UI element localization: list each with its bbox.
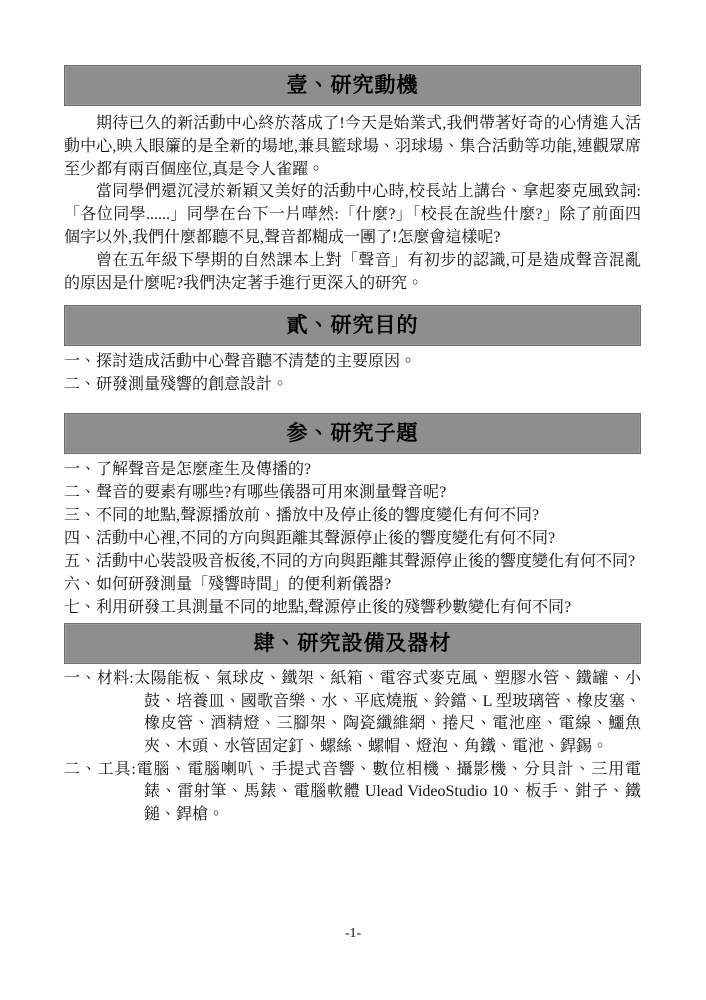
section-header-purpose: 貳、研究目的 (64, 305, 641, 346)
page-number: -1- (0, 926, 706, 942)
subtopic-item-7: 七、利用研發工具測量不同的地點,聲源停止後的殘響秒數變化有何不同? (64, 596, 641, 619)
tools-text: 電腦、電腦喇叭、手提式音響、數位相機、攝影機、分貝計、三用電錶、雷射筆、馬錶、電… (136, 761, 641, 823)
materials-entry: 一、材料:太陽能板、氣球皮、鐵架、紙箱、電容式麥克風、塑膠水管、鐵罐、小鼓、培養… (64, 668, 641, 758)
section-header-equipment: 肆、研究設備及器材 (64, 623, 641, 664)
motivation-paragraphs: 期待已久的新活動中心終於落成了!今天是始業式,我們帶著好奇的心情進入活動中心,映… (64, 113, 641, 295)
document-page: 壹、研究動機 期待已久的新活動中心終於落成了!今天是始業式,我們帶著好奇的心情進… (0, 0, 706, 1000)
tools-entry: 二、工具:電腦、電腦喇叭、手提式音響、數位相機、攝影機、分貝計、三用電錶、雷射筆… (64, 759, 641, 827)
tools-label: 二、工具: (64, 761, 136, 778)
subtopic-item-1: 一、了解聲音是怎麼產生及傳播的? (64, 458, 641, 481)
purpose-list: 一、探討造成活動中心聲音聽不清楚的主要原因。 二、研發測量殘響的創意設計。 (64, 350, 641, 396)
purpose-item-2: 二、研發測量殘響的創意設計。 (64, 373, 641, 396)
motivation-paragraph-1: 期待已久的新活動中心終於落成了!今天是始業式,我們帶著好奇的心情進入活動中心,映… (64, 113, 641, 181)
subtopic-item-6: 六、如何研發測量「殘響時間」的便利新儀器? (64, 573, 641, 596)
equipment-list: 一、材料:太陽能板、氣球皮、鐵架、紙箱、電容式麥克風、塑膠水管、鐵罐、小鼓、培養… (64, 668, 641, 826)
materials-label: 一、材料: (64, 670, 134, 687)
subtopic-item-4: 四、活動中心裡,不同的方向與距離其聲源停止後的響度變化有何不同? (64, 527, 641, 550)
purpose-item-1: 一、探討造成活動中心聲音聽不清楚的主要原因。 (64, 350, 641, 373)
motivation-paragraph-2: 當同學們還沉浸於新穎又美好的活動中心時,校長站上講台、拿起麥克風致詞:「各位同學… (64, 181, 641, 249)
section-header-motivation: 壹、研究動機 (64, 65, 641, 106)
subtopic-item-2: 二、聲音的要素有哪些?有哪些儀器可用來測量聲音呢? (64, 481, 641, 504)
subtopic-item-3: 三、不同的地點,聲源播放前、播放中及停止後的響度變化有何不同? (64, 504, 641, 527)
document-content: 壹、研究動機 期待已久的新活動中心終於落成了!今天是始業式,我們帶著好奇的心情進… (64, 0, 641, 826)
motivation-paragraph-3: 曾在五年級下學期的自然課本上對「聲音」有初步的認識,可是造成聲音混亂的原因是什麼… (64, 250, 641, 296)
section-header-subtopics: 参、研究子題 (64, 413, 641, 454)
subtopics-list: 一、了解聲音是怎麼產生及傳播的? 二、聲音的要素有哪些?有哪些儀器可用來測量聲音… (64, 458, 641, 620)
subtopic-item-5: 五、活動中心裝設吸音板後,不同的方向與距離其聲源停止後的響度變化有何不同? (64, 550, 641, 573)
materials-text: 太陽能板、氣球皮、鐵架、紙箱、電容式麥克風、塑膠水管、鐵罐、小鼓、培養皿、國歌音… (134, 670, 641, 755)
